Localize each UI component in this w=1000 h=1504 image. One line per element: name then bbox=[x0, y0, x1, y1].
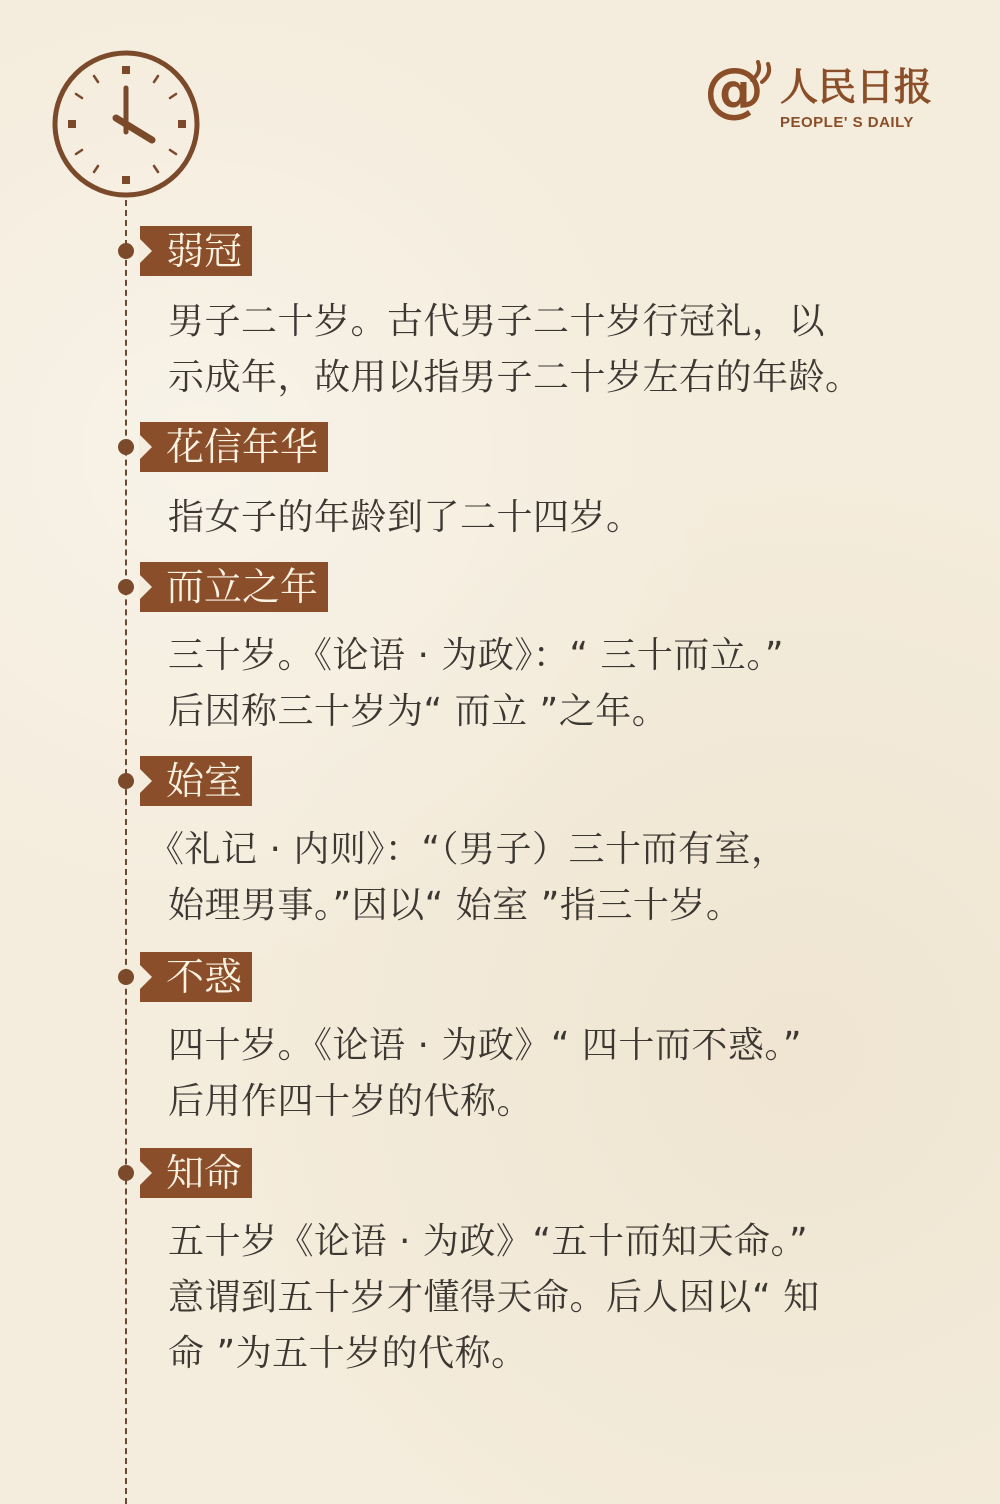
timeline-dot bbox=[118, 1165, 134, 1181]
description-line: 后因称三十岁为“ 而立 ”之年。 bbox=[168, 684, 928, 740]
term-label: 弱冠 bbox=[140, 226, 252, 276]
description-line: 《礼记 · 内则》：“（男子）三十而有室， bbox=[148, 822, 908, 878]
logo-name-en: PEOPLE' S DAILY bbox=[780, 114, 914, 131]
description-line: 五十岁《论语 · 为政》“五十而知天命。” bbox=[168, 1214, 928, 1270]
term-description: 四十岁。《论语 · 为政》“ 四十而不惑。” 后用作四十岁的代称。 bbox=[168, 1018, 928, 1130]
timeline-dashed-line bbox=[125, 200, 127, 1504]
timeline-dot bbox=[118, 969, 134, 985]
description-line: 指女子的年龄到了二十四岁。 bbox=[168, 490, 928, 546]
description-line: 四十岁。《论语 · 为政》“ 四十而不惑。” bbox=[168, 1018, 928, 1074]
timeline-dot bbox=[118, 243, 134, 259]
signal-waves-icon bbox=[748, 58, 778, 88]
term-description: 指女子的年龄到了二十四岁。 bbox=[168, 490, 928, 546]
term-description: 男子二十岁。古代男子二十岁行冠礼，以 示成年，故用以指男子二十岁左右的年龄。 bbox=[168, 294, 928, 406]
description-line: 后用作四十岁的代称。 bbox=[168, 1074, 928, 1130]
term-label: 始室 bbox=[140, 756, 252, 806]
term-label: 知命 bbox=[140, 1148, 252, 1198]
term-description: 三十岁。《论语 · 为政》：“ 三十而立。” 后因称三十岁为“ 而立 ”之年。 bbox=[168, 628, 928, 740]
description-line: 男子二十岁。古代男子二十岁行冠礼，以 bbox=[168, 294, 928, 350]
timeline-dot bbox=[118, 773, 134, 789]
term-label: 而立之年 bbox=[140, 562, 328, 612]
clock-icon bbox=[50, 48, 202, 200]
description-line: 命 ”为五十岁的代称。 bbox=[168, 1326, 928, 1382]
description-line: 意谓到五十岁才懂得天命。后人因以“ 知 bbox=[168, 1270, 928, 1326]
description-line: 示成年，故用以指男子二十岁左右的年龄。 bbox=[168, 350, 928, 406]
description-line: 始理男事。”因以“ 始室 ”指三十岁。 bbox=[148, 878, 908, 934]
timeline-dot bbox=[118, 579, 134, 595]
term-label: 花信年华 bbox=[140, 422, 328, 472]
peoples-daily-logo: @ 人民日报 PEOPLE' S DAILY bbox=[700, 58, 940, 138]
logo-name-cn: 人民日报 bbox=[780, 68, 932, 106]
timeline-dot bbox=[118, 439, 134, 455]
term-description: 五十岁《论语 · 为政》“五十而知天命。” 意谓到五十岁才懂得天命。后人因以“ … bbox=[168, 1214, 928, 1382]
term-description: 《礼记 · 内则》：“（男子）三十而有室， 始理男事。”因以“ 始室 ”指三十岁… bbox=[148, 822, 908, 934]
term-label: 不惑 bbox=[140, 952, 252, 1002]
description-line: 三十岁。《论语 · 为政》：“ 三十而立。” bbox=[168, 628, 928, 684]
